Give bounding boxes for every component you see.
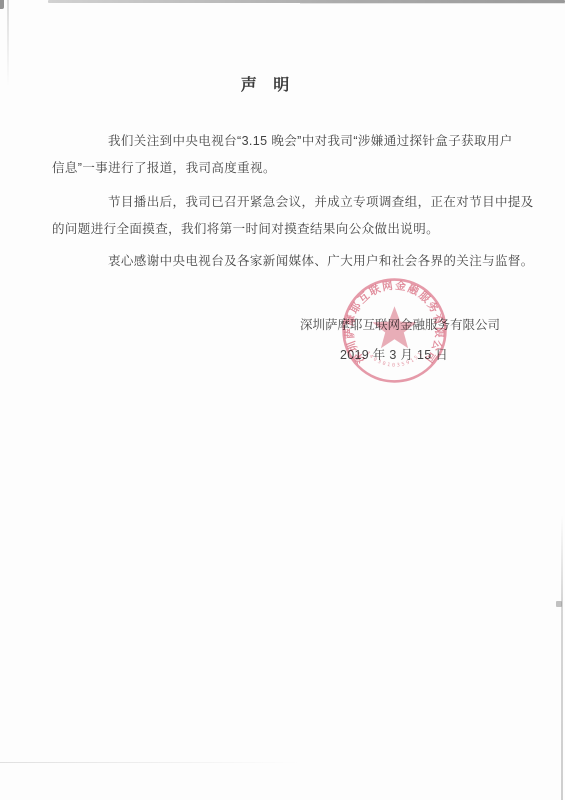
scan-artifact-corner-speck [0,0,4,9]
paragraph-1: 我们关注到中央电视台“3.15 晚会”中对我司“涉嫌通过探针盒子获取用户 信息”… [52,128,532,182]
company-seal-stamp: 深圳萨摩耶互联网金融服务有限公司 4403010359151 [334,270,455,391]
seal-code-textpath: 4403010359151 [364,350,424,369]
paragraph-3: 衷心感谢中央电视台及各家新闻媒体、广大用户和社会各界的关注与监督。 [52,248,532,275]
scan-artifact-right-fold-line [561,515,563,800]
seal-star-icon [372,306,416,348]
paragraph-2-line-2: 的问题进行全面摸查，我们将第一时间对摸查结果向公众做出说明。 [52,216,532,243]
paragraph-3-line-1: 衷心感谢中央电视台及各家新闻媒体、广大用户和社会各界的关注与监督。 [52,248,532,275]
seal-code-number: 4403010359151 [364,350,424,369]
paragraph-1-line-1: 我们关注到中央电视台“3.15 晚会”中对我司“涉嫌通过探针盒子获取用户 [52,128,532,155]
statement-title: 声 明 [0,72,536,95]
scan-artifact-right-speck [556,601,562,607]
paragraph-2-line-1: 节目播出后，我司已召开紧急会议，并成立专项调查组，正在对节目中提及 [52,189,532,216]
paragraph-1-line-2: 信息”一事进行了报道，我司高度重视。 [52,155,532,182]
scanned-statement-page: 声 明 我们关注到中央电视台“3.15 晚会”中对我司“涉嫌通过探针盒子获取用户… [0,0,565,800]
paragraph-2: 节目播出后，我司已召开紧急会议，并成立专项调查组，正在对节目中提及 的问题进行全… [52,189,532,243]
scan-artifact-bottom-line [0,762,300,763]
scan-artifact-top-edge-secondary [300,3,565,5]
